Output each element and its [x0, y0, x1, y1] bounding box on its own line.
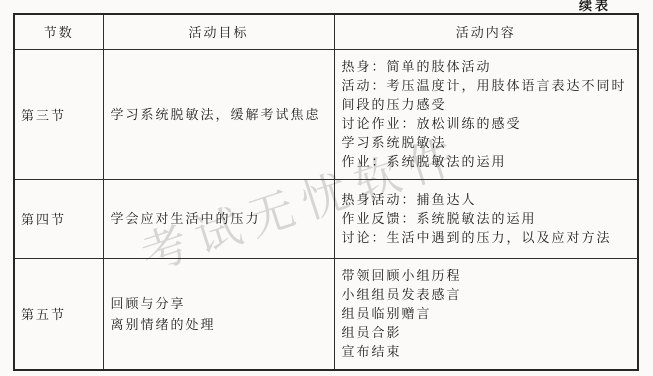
goal-cell: 学会应对生活中的压力: [103, 179, 334, 258]
header-section: 节数: [14, 14, 103, 49]
header-goal: 活动目标: [103, 14, 334, 49]
goal-line: 学会应对生活中的压力: [111, 208, 328, 229]
content-line: 组员合影: [342, 323, 628, 342]
goal-cell: 学习系统脱敏法，缓解考试焦虑: [103, 49, 334, 179]
header-content: 活动内容: [334, 14, 638, 49]
content-cell: 带领回顾小组历程 小组组员发表感言 组员临别赠言 组员合影 宣布结束: [334, 258, 638, 370]
continued-table-label: 续表: [579, 0, 611, 14]
content-cell: 热身活动：捕鱼达人 作业反馈：系统脱敏法的运用 讨论：生活中遇到的压力，以及应对…: [334, 179, 638, 258]
content-line: 热身：简单的肢体活动: [342, 57, 628, 76]
goal-cell: 回顾与分享 离别情绪的处理: [103, 258, 334, 370]
content-line: 活动：考压温度计，用肢体语言表达不同时间段的压力感受: [342, 76, 628, 114]
table-row: 第五节 回顾与分享 离别情绪的处理 带领回顾小组历程 小组组员发表感言 组员临别…: [14, 258, 638, 370]
section-cell: 第四节: [14, 179, 103, 258]
content-line: 带领回顾小组历程: [342, 266, 628, 285]
content-line: 小组组员发表感言: [342, 285, 628, 304]
document-page: 续表 考试无忧软件 节数 活动目标 活动内容 第三节 学习系统脱敏法，缓解考试焦…: [0, 0, 653, 376]
activity-plan-table: 节数 活动目标 活动内容 第三节 学习系统脱敏法，缓解考试焦虑 热身：简单的肢体…: [13, 13, 639, 371]
content-line: 宣布结束: [342, 342, 628, 361]
section-cell: 第五节: [14, 258, 103, 370]
content-line: 热身活动：捕鱼达人: [342, 190, 628, 209]
section-cell: 第三节: [14, 49, 103, 179]
goal-line: 回顾与分享: [111, 293, 328, 314]
content-line: 组员临别赠言: [342, 304, 628, 323]
content-line: 作业：系统脱敏法的运用: [342, 152, 628, 171]
goal-line: 离别情绪的处理: [111, 314, 328, 335]
table-row: 第四节 学会应对生活中的压力 热身活动：捕鱼达人 作业反馈：系统脱敏法的运用 讨…: [14, 179, 638, 258]
table-header-row: 节数 活动目标 活动内容: [14, 14, 638, 49]
goal-line: 学习系统脱敏法，缓解考试焦虑: [111, 104, 328, 125]
table-row: 第三节 学习系统脱敏法，缓解考试焦虑 热身：简单的肢体活动 活动：考压温度计，用…: [14, 49, 638, 179]
content-line: 学习系统脱敏法: [342, 133, 628, 152]
content-cell: 热身：简单的肢体活动 活动：考压温度计，用肢体语言表达不同时间段的压力感受 讨论…: [334, 49, 638, 179]
content-line: 作业反馈：系统脱敏法的运用: [342, 209, 628, 228]
content-line: 讨论作业：放松训练的感受: [342, 114, 628, 133]
content-line: 讨论：生活中遇到的压力，以及应对方法: [342, 228, 628, 247]
